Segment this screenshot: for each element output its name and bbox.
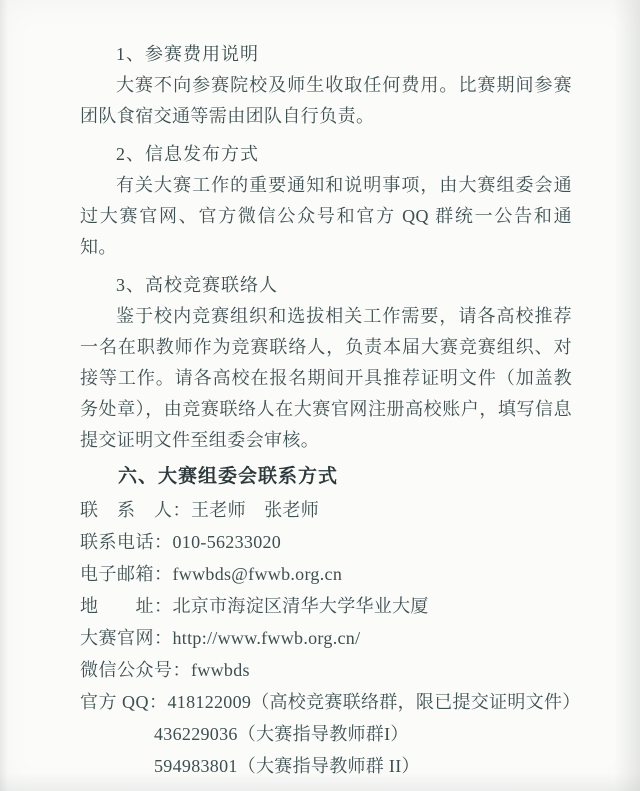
- contact-value-person: 王老师 张老师: [191, 500, 319, 520]
- section-heading-contact-info: 六、大赛组委会联系方式: [80, 461, 572, 492]
- contact-label-qq: 官方 QQ：: [80, 692, 168, 712]
- paragraph-university-liaison: 鉴于校内竞赛组织和选拔相关工作需要，请各高校推荐一名在职教师作为竞赛联络人，负责…: [80, 301, 572, 456]
- contact-label-phone: 联系电话：: [80, 532, 173, 552]
- contact-label-email: 电子邮箱：: [80, 564, 173, 584]
- scanned-document-page: 1、参赛费用说明 大赛不向参赛院校及师生收取任何费用。比赛期间参赛团队食宿交通等…: [0, 0, 640, 791]
- contact-value-email: fwwbds@fwwb.org.cn: [173, 564, 343, 584]
- contact-value-address: 北京市海淀区清华大学华业大厦: [173, 596, 429, 616]
- contact-row-email: 电子邮箱：fwwbds@fwwb.org.cn: [80, 558, 572, 590]
- contact-label-website: 大赛官网：: [80, 628, 173, 648]
- contact-list: 联 系 人：王老师 张老师 联系电话：010-56233020 电子邮箱：fww…: [80, 494, 572, 782]
- contact-value-website: http://www.fwwb.org.cn/: [173, 628, 361, 648]
- contact-value-qq-group-2: 436229036（大赛指导教师群I）: [154, 724, 409, 744]
- contact-row-qq-main: 官方 QQ：418122009（高校竞赛联络群，限已提交证明文件）: [80, 686, 572, 718]
- contact-label-address: 地 址：: [80, 596, 173, 616]
- contact-row-wechat: 微信公众号：fwwbds: [80, 654, 572, 686]
- paragraph-information-release: 有关大赛工作的重要通知和说明事项，由大赛组委会通过大赛官网、官方微信公众号和官方…: [80, 170, 572, 263]
- contact-row-qq-group-3: 594983801（大赛指导教师群 II）: [80, 750, 572, 782]
- contact-label-wechat: 微信公众号：: [80, 660, 191, 680]
- contact-label-person: 联 系 人：: [80, 500, 191, 520]
- paragraph-participation-fee: 大赛不向参赛院校及师生收取任何费用。比赛期间参赛团队食宿交通等需由团队自行负责。: [80, 70, 572, 132]
- subheading-university-liaison: 3、高校竞赛联络人: [80, 270, 572, 301]
- contact-value-wechat: fwwbds: [191, 660, 250, 680]
- contact-row-qq-group-2: 436229036（大赛指导教师群I）: [80, 718, 572, 750]
- contact-row-website: 大赛官网：http://www.fwwb.org.cn/: [80, 622, 572, 654]
- document-content: 1、参赛费用说明 大赛不向参赛院校及师生收取任何费用。比赛期间参赛团队食宿交通等…: [0, 0, 640, 782]
- subheading-information-release: 2、信息发布方式: [80, 139, 572, 170]
- contact-value-phone: 010-56233020: [173, 532, 282, 552]
- subheading-participation-fee: 1、参赛费用说明: [80, 39, 572, 70]
- contact-row-person: 联 系 人：王老师 张老师: [80, 494, 572, 526]
- contact-value-qq-group-3: 594983801（大赛指导教师群 II）: [154, 756, 420, 776]
- contact-row-phone: 联系电话：010-56233020: [80, 526, 572, 558]
- contact-value-qq-group-1: 418122009（高校竞赛联络群，限已提交证明文件）: [168, 692, 581, 712]
- contact-row-address: 地 址：北京市海淀区清华大学华业大厦: [80, 590, 572, 622]
